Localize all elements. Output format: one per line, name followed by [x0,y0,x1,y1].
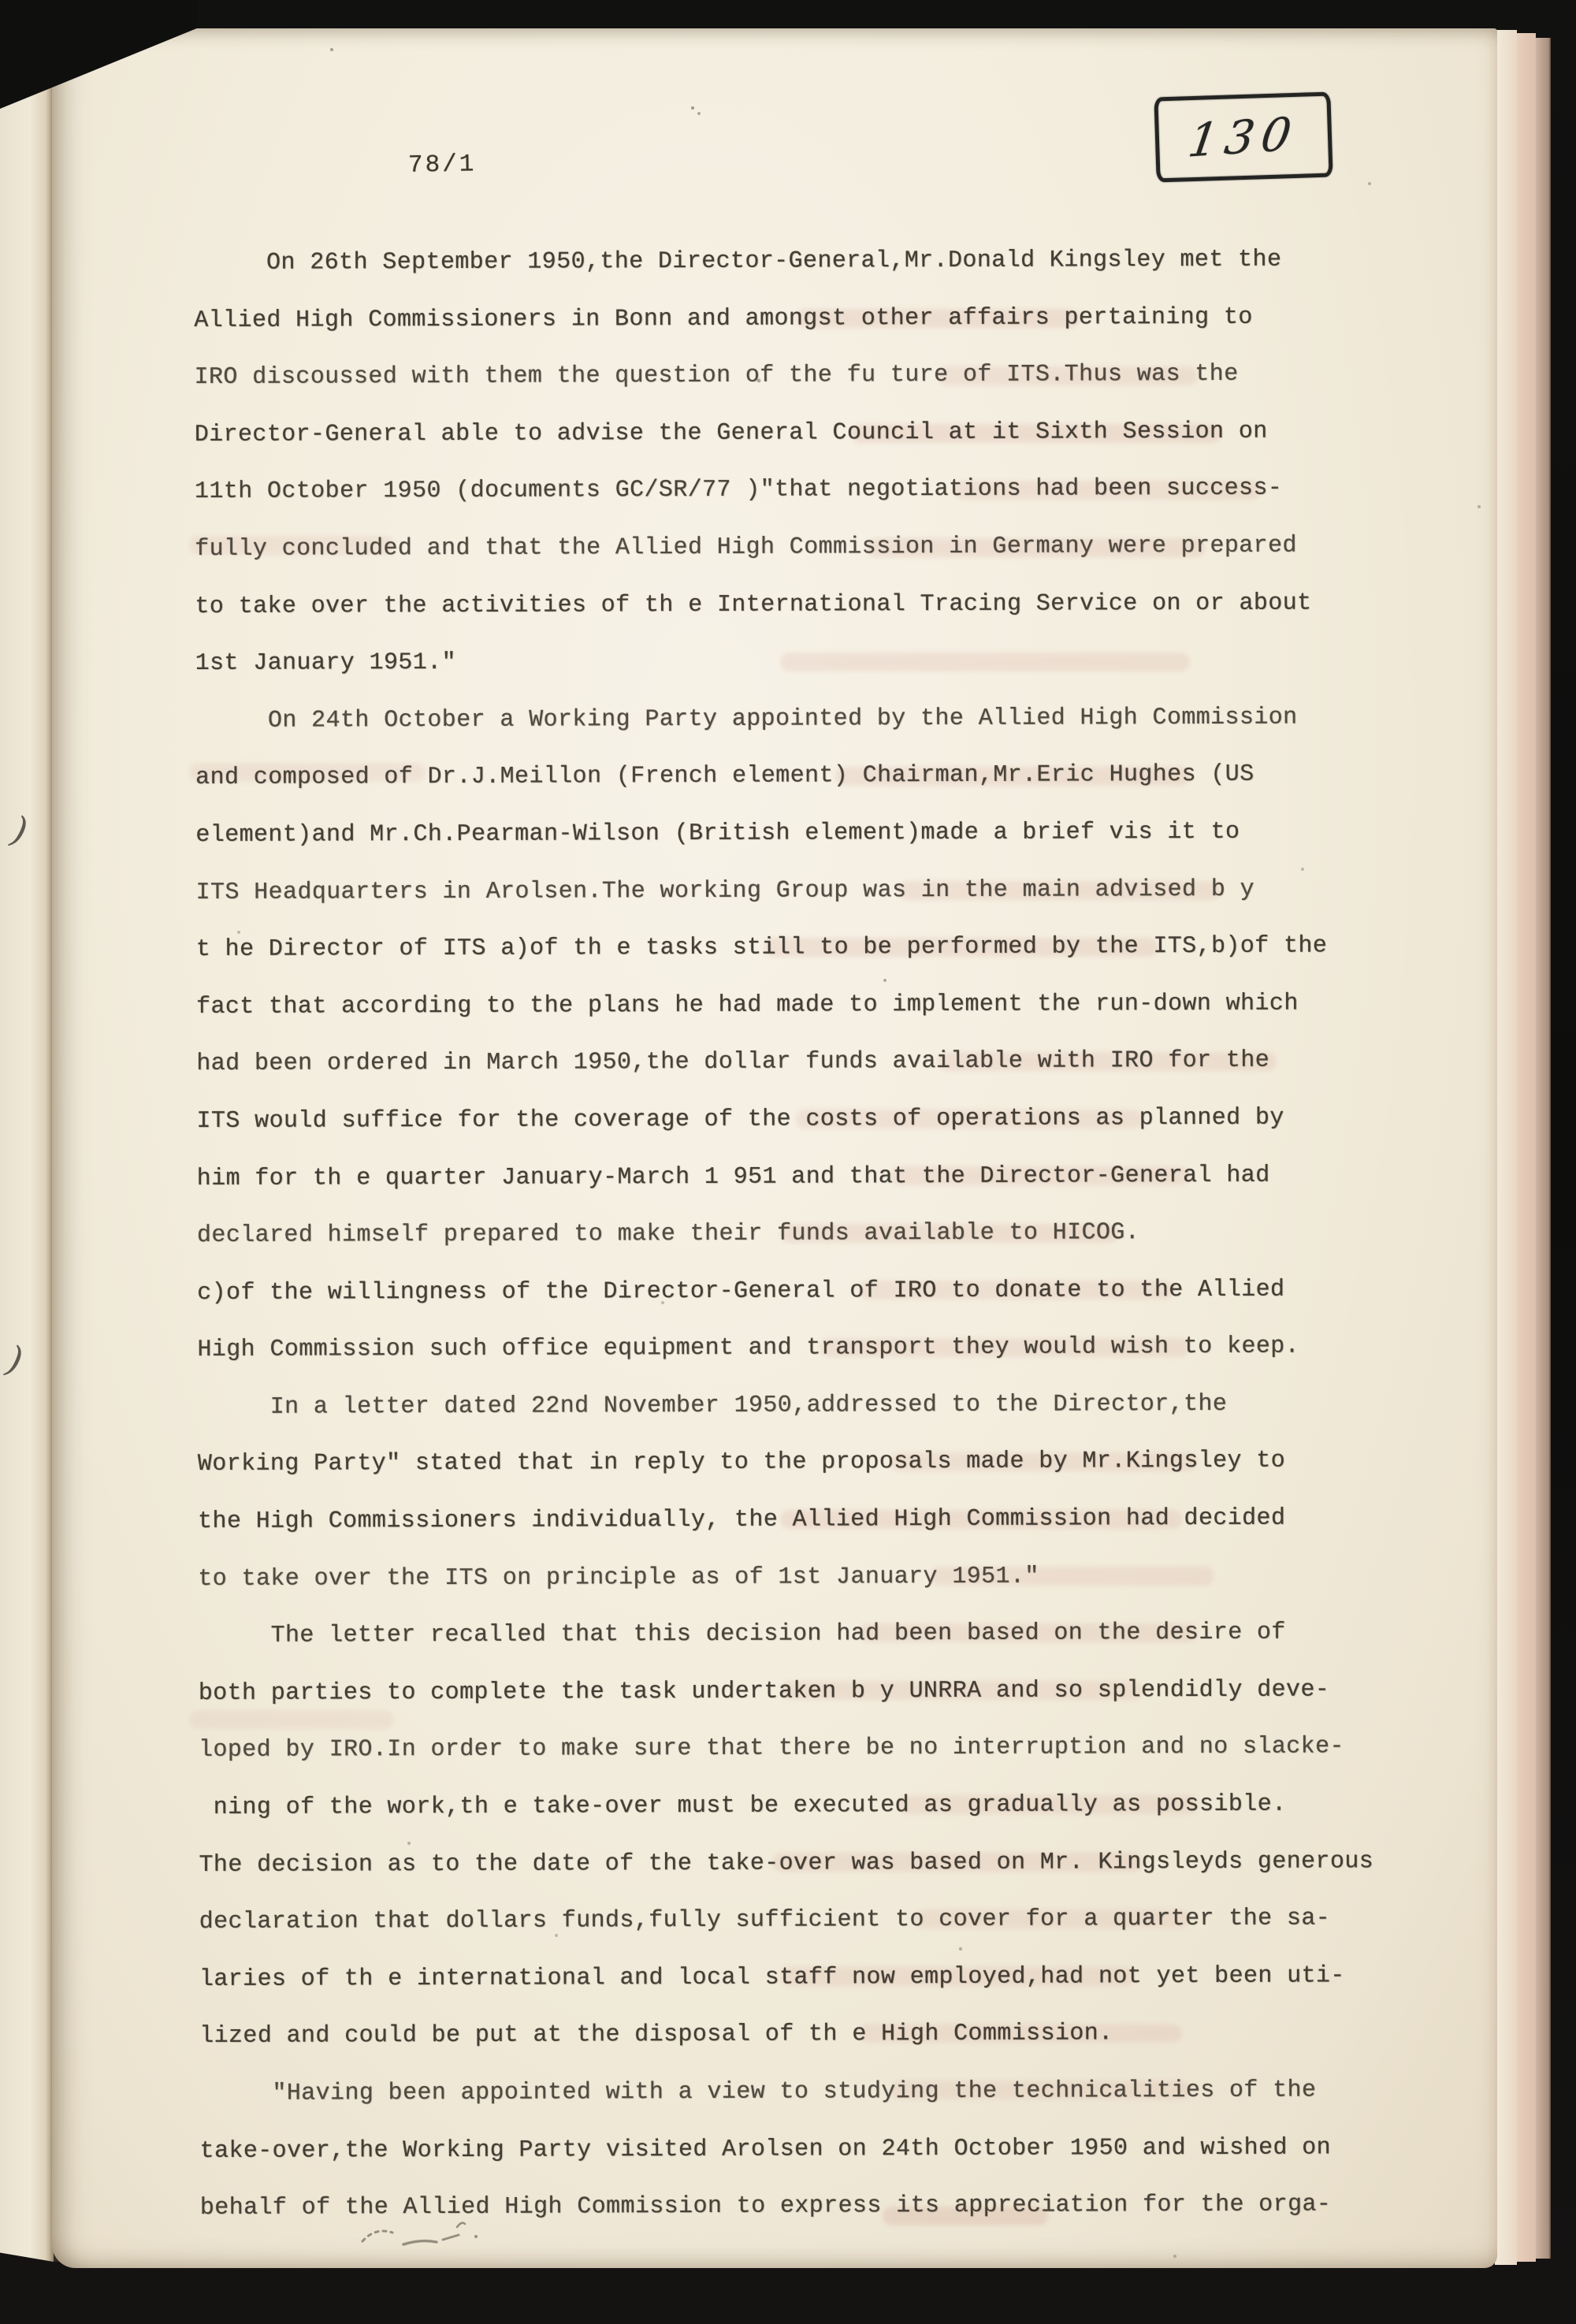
text-line: to take over the ITS on principle as of … [198,1546,1537,1608]
text-line: fully concluded and that the Allied High… [195,517,1534,578]
text-line: declaration that dollars funds,fully suf… [199,1890,1539,1951]
text-line: him for th e quarter January-March 1 951… [197,1146,1537,1207]
pencil-scribble [358,2216,496,2255]
text-line: ITS Headquarters in Arolsen.The working … [196,860,1536,921]
text-line: The decision as to the date of the take-… [199,1832,1538,1894]
text-line: On 26th September 1950,the Director-Gene… [194,231,1533,292]
text-line: t he Director of ITS a)of th e tasks sti… [196,917,1536,979]
stamp-box: 130 [1154,92,1333,183]
text-line: ITS would suffice for the coverage of th… [196,1089,1536,1151]
text-line: had been ordered in March 1950,the dolla… [196,1032,1536,1093]
document-page: 78/1 130 On 26th September 1950,the Dire… [52,28,1497,2268]
text-line: 11th October 1950 (documents GC/SR/77 )"… [195,459,1534,521]
text-line: The letter recalled that this decision h… [198,1604,1537,1665]
text-line: fact that according to the plans he had … [196,974,1536,1036]
text-line: In a letter dated 22nd November 1950,add… [198,1375,1537,1437]
text-line: to take over the activities of th e Inte… [195,574,1534,635]
text-line: lized and could be put at the disposal o… [199,2004,1539,2066]
text-line: Director-General able to advise the Gene… [195,402,1534,463]
stamp-number: 130 [1185,106,1302,167]
text-line: Allied High Commissioners in Bonn and am… [194,288,1533,349]
dust-specks [0,0,2,2]
text-line: element)and Mr.Ch.Pearman-Wilson (Britis… [195,803,1535,865]
text-line: c)of the willingness of the Director-Gen… [197,1260,1537,1322]
text-line: and composed of Dr.J.Meillon (French ele… [195,746,1535,807]
text-line: On 24th October a Working Party appointe… [195,688,1535,749]
text-line: IRO discoussed with them the question of… [194,345,1533,407]
text-line: the High Commissioners individually, the… [198,1489,1537,1551]
scanned-document: 78/1 130 On 26th September 1950,the Dire… [0,0,1576,2324]
text-line: loped by IRO.In order to make sure that … [199,1718,1538,1779]
document-body: On 26th September 1950,the Director-Gene… [194,231,1540,2237]
text-line: take-over,the Working Party visited Arol… [200,2118,1540,2180]
text-line: ning of the work,th e take-over must be … [199,1776,1538,1837]
page-number: 78/1 [408,151,477,180]
text-line: both parties to complete the task undert… [199,1660,1538,1722]
text-line: 1st January 1951." [195,631,1535,693]
text-line: declared himself prepared to make their … [197,1203,1537,1265]
text-line: "Having been appointed with a view to st… [199,2062,1539,2123]
text-line: laries of th e international and local s… [199,1947,1539,2008]
text-line: High Commission such office equipment an… [197,1318,1537,1379]
text-line: Working Party" stated that in reply to t… [198,1432,1537,1493]
